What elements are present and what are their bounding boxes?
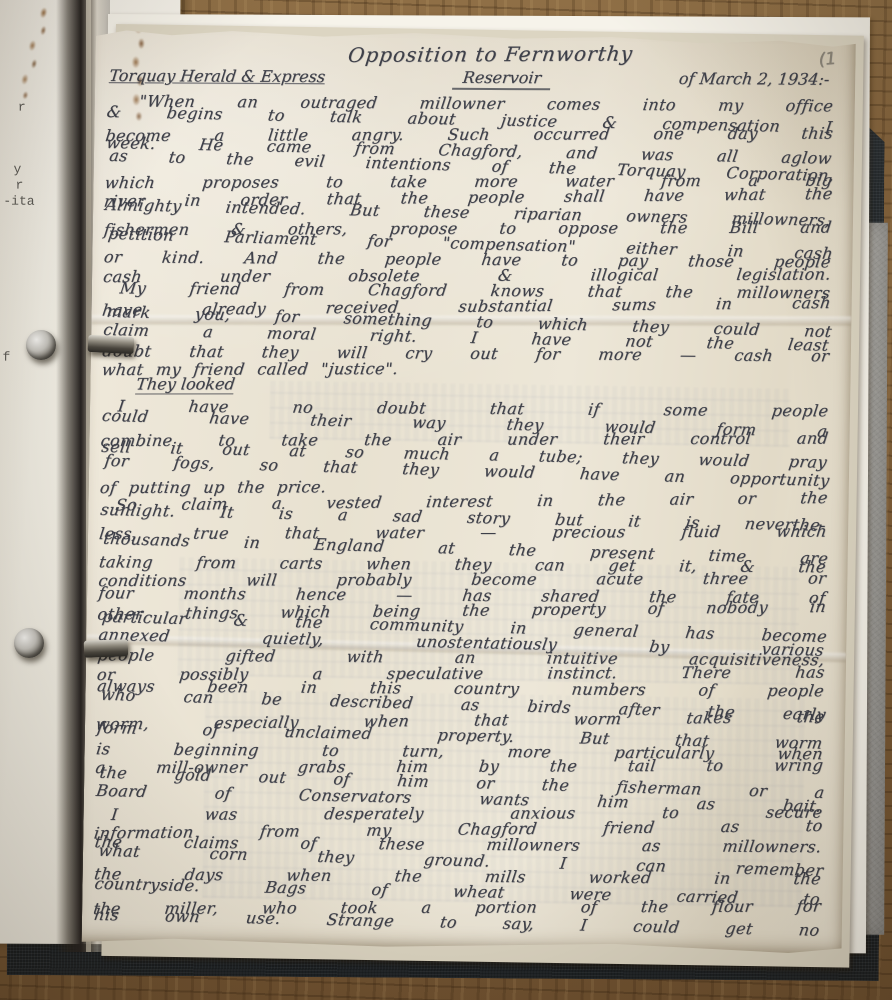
rust-stitch-stain <box>5 3 62 104</box>
body-paragraphs: I have no doubt that if some peoplecould… <box>94 395 828 937</box>
section-heading: They looked <box>135 374 236 394</box>
binding-clasp-top <box>88 335 135 354</box>
manuscript-subtitle: Reservoir <box>452 68 553 91</box>
manuscript-title: Opposition to Fernworthy <box>186 41 795 68</box>
typed-fragment: f <box>3 350 11 365</box>
typed-fragment: r <box>18 100 26 115</box>
typed-fragment: y <box>14 162 22 177</box>
source-publication: Torquay Herald & Express <box>108 66 326 86</box>
source-date: of March 2, 1934:- <box>678 69 831 89</box>
page-number: (1 <box>817 49 836 70</box>
binding-post-bottom <box>14 628 44 658</box>
typed-fragment: -ita <box>3 194 34 209</box>
typed-fragment: r <box>15 178 23 193</box>
source-row: Torquay Herald & Express Reservoir of Ma… <box>108 66 830 92</box>
binding-clasp-bottom <box>84 639 129 658</box>
photo-stage: ryr-itaf (1 Opposition to Fernworthy Tor… <box>0 0 892 1000</box>
manuscript-page: (1 Opposition to Fernworthy Torquay Hera… <box>82 26 856 954</box>
binding-post-top <box>26 330 56 360</box>
opening-paragraphs: "When an outraged millowner comes into m… <box>103 90 833 382</box>
